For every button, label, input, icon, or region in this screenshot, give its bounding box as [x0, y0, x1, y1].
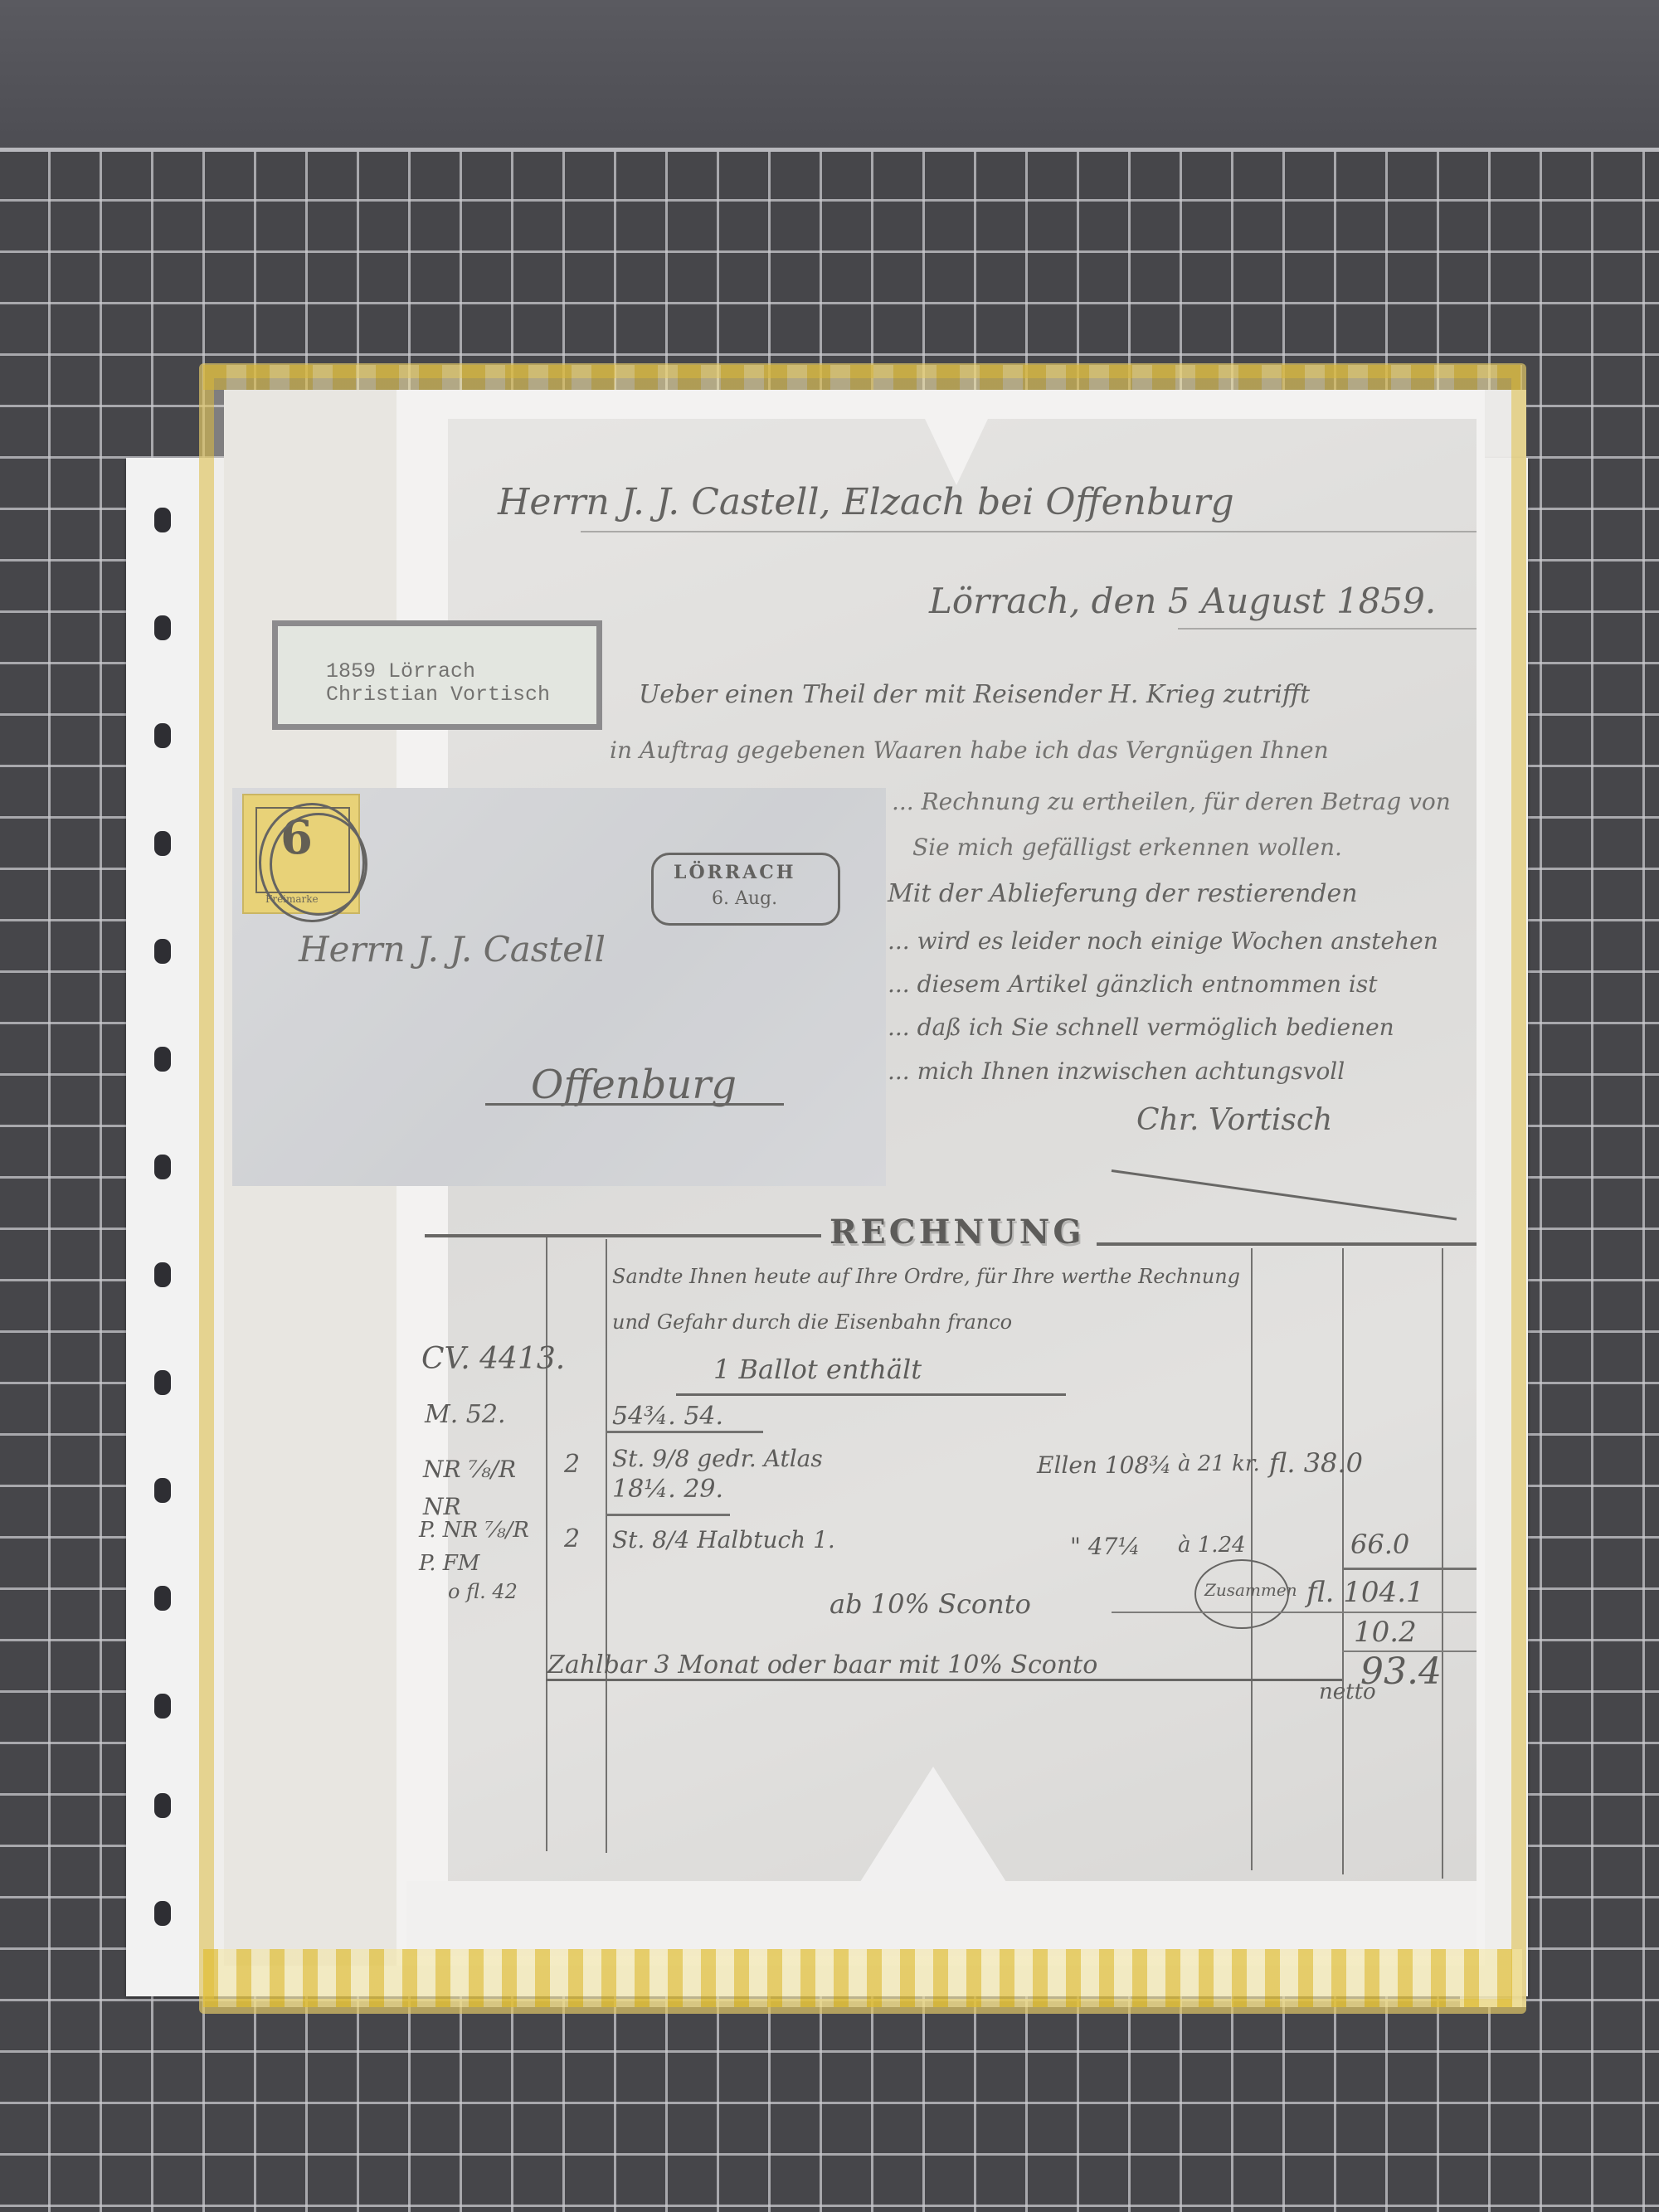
binder-hole-icon	[154, 1370, 171, 1395]
binder-hole-icon	[154, 1262, 171, 1287]
binder-hole-icon	[154, 1047, 171, 1072]
sleeve-tape-top	[203, 365, 1522, 390]
binder-hole-icon	[154, 831, 171, 856]
sleeve-tape-bottom	[203, 1949, 1522, 2007]
background-top	[0, 0, 1659, 149]
binder-hole-icon	[154, 1155, 171, 1179]
binder-hole-icon	[154, 615, 171, 640]
binder-hole-icon	[154, 939, 171, 964]
binder-hole-icon	[154, 1694, 171, 1719]
binder-hole-icon	[154, 508, 171, 532]
binder-hole-icon	[154, 1586, 171, 1611]
protective-sleeve	[199, 363, 1526, 2014]
binder-hole-icon	[154, 1901, 171, 1926]
binder-hole-icon	[154, 723, 171, 748]
binder-hole-icon	[154, 1793, 171, 1818]
binder-hole-icon	[154, 1478, 171, 1503]
